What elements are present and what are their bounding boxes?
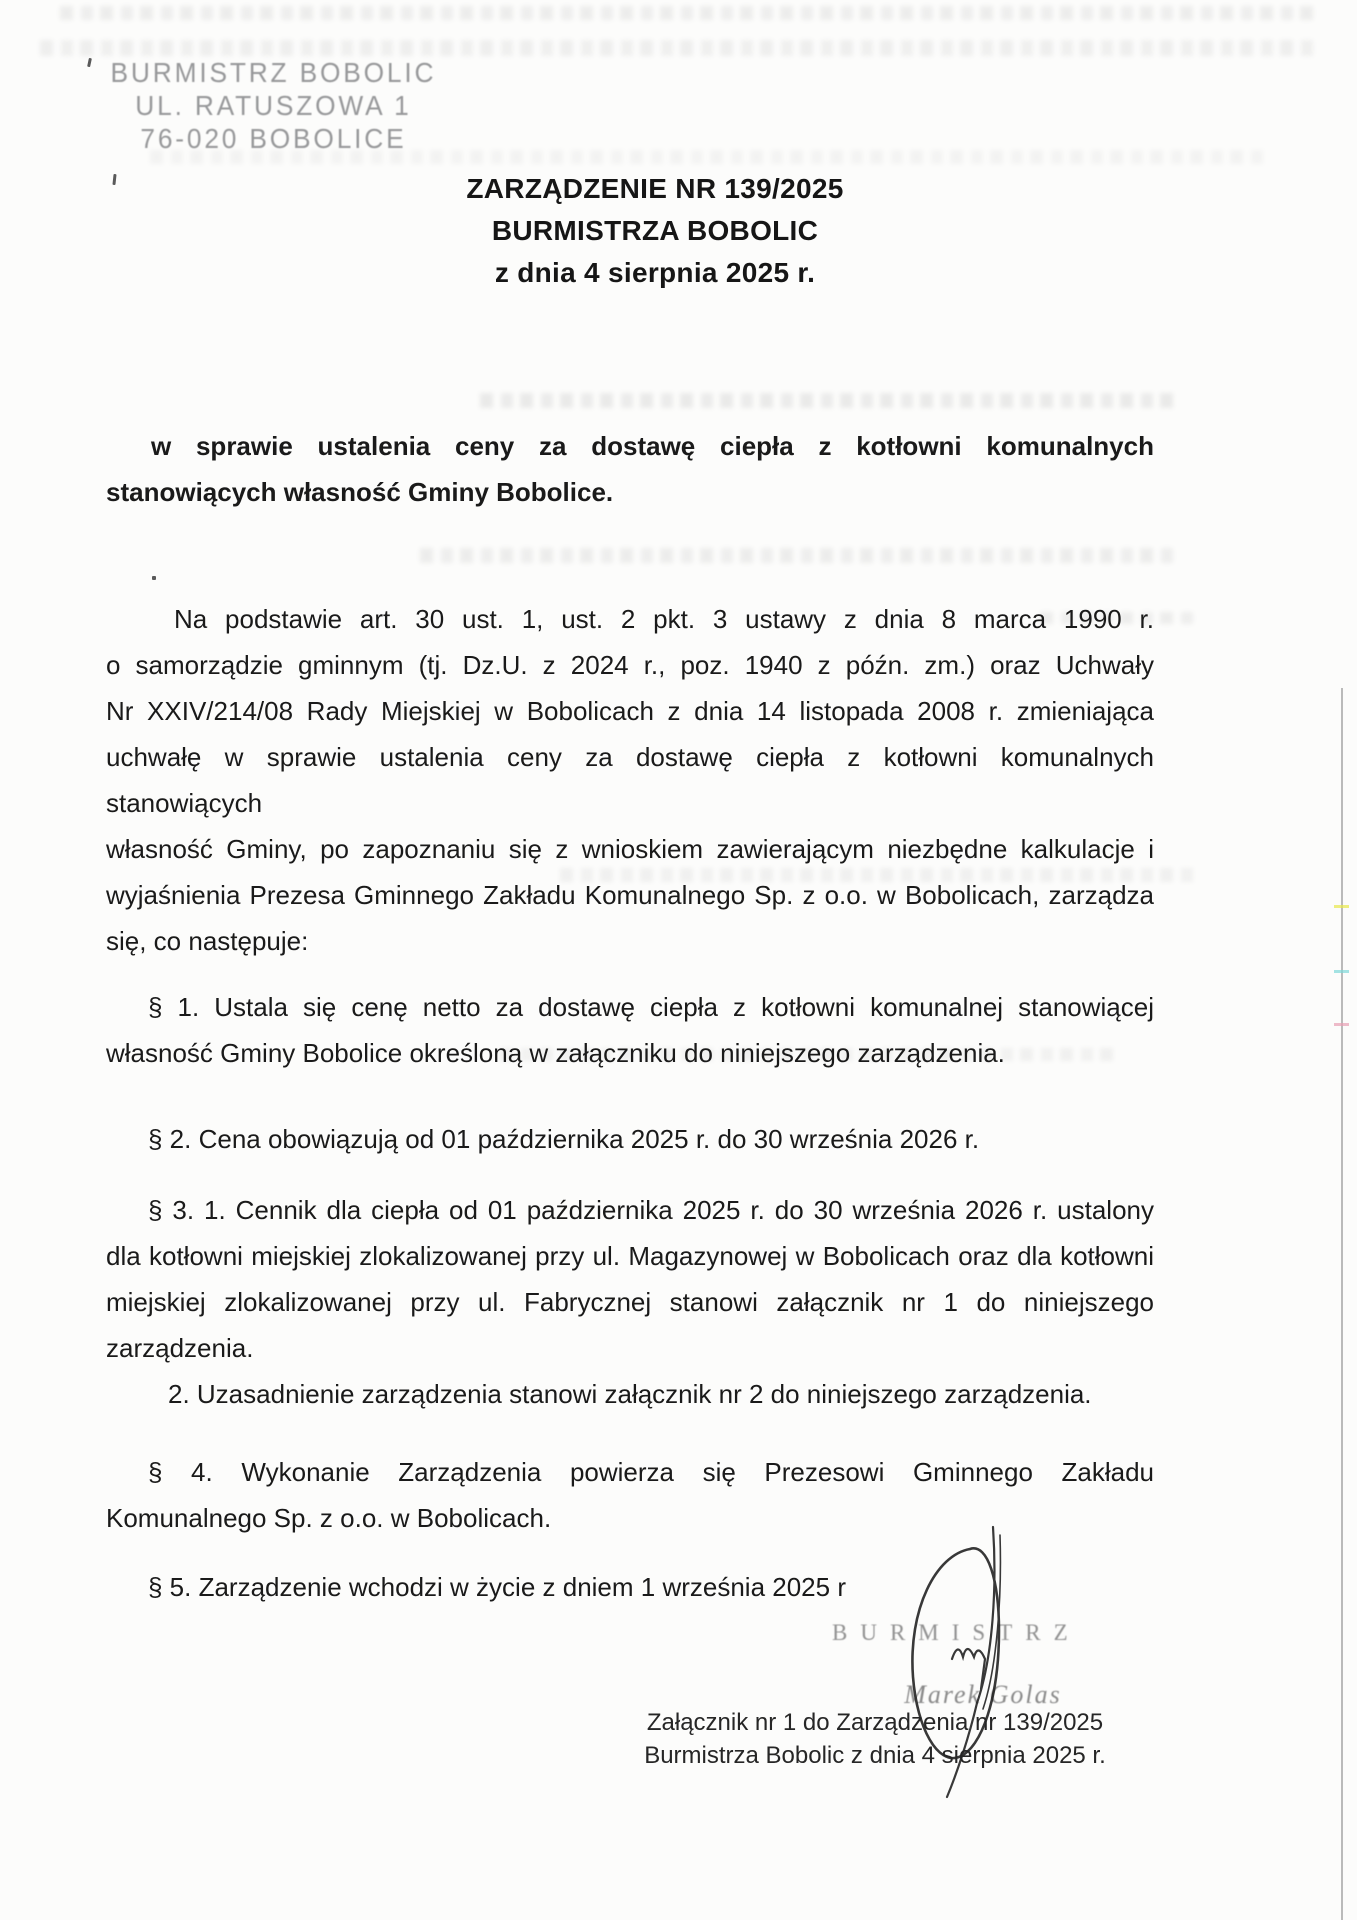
stamp-line-authority: BURMISTRZ BOBOLIC [108,56,439,89]
text-line: § 2. Cena obowiązują od 01 października … [106,1116,1154,1162]
attachment-note-line: Załącznik nr 1 do Zarządzenia nr 139/202… [585,1706,1165,1739]
ink-speck [87,58,92,67]
paragraph-3-point-1: § 3. 1. Cennik dla ciepła od 01 paździer… [106,1187,1154,1371]
stamp-line-street: UL. RATUSZOWA 1 [108,89,439,122]
scanned-document-page: BURMISTRZ BOBOLIC UL. RATUSZOWA 1 76-020… [0,0,1357,1920]
paragraph-2: § 2. Cena obowiązują od 01 października … [106,1116,1154,1162]
title-ordinance-number: ZARZĄDZENIE NR 139/2025 [100,168,1210,210]
scan-tick-pink [1334,1023,1349,1026]
scan-edge-line [1341,688,1343,1920]
stamp-line-city: 76-020 BOBOLICE [108,122,439,155]
attachment-note-line: Burmistrza Bobolic z dnia 4 sierpnia 202… [585,1739,1165,1772]
sender-address-stamp: BURMISTRZ BOBOLIC UL. RATUSZOWA 1 76-020… [108,56,439,155]
text-line: § 4. Wykonanie Zarządzenia powierza się … [106,1449,1154,1495]
document-body: w sprawie ustalenia ceny za dostawę ciep… [106,423,1154,1610]
paragraph-3-point-2: 2. Uzasadnienie zarządzenia stanowi załą… [106,1371,1154,1417]
text-line: o samorządzie gminnym (tj. Dz.U. z 2024 … [106,642,1154,688]
text-line: dla kotłowni miejskiej zlokalizowanej pr… [106,1233,1154,1279]
legal-basis-paragraph: Na podstawie art. 30 ust. 1, ust. 2 pkt.… [106,596,1154,964]
paragraph-1: § 1. Ustala się cenę netto za dostawę ci… [106,984,1154,1076]
text-line: § 5. Zarządzenie wchodzi w życie z dniem… [106,1564,1154,1610]
text-line: własność Gminy Bobolice określoną w załą… [106,1030,1154,1076]
text-line: miejskiej zlokalizowanej przy ul. Fabryc… [106,1279,1154,1325]
text-line: stanowiących własność Gminy Bobolice. [106,469,1154,515]
text-line: się, co następuje: [106,918,1154,964]
document-title: ZARZĄDZENIE NR 139/2025 BURMISTRZA BOBOL… [100,168,1210,294]
subject-paragraph: w sprawie ustalenia ceny za dostawę ciep… [106,423,1154,515]
bleed-through-artifact [60,6,1320,20]
text-line: wyjaśnienia Prezesa Gminnego Zakładu Kom… [106,872,1154,918]
text-line: § 1. Ustala się cenę netto za dostawę ci… [106,984,1154,1030]
scan-tick-yellow [1334,905,1349,908]
bleed-through-artifact [480,393,1180,408]
scan-tick-cyan [1334,970,1349,973]
paragraph-5: § 5. Zarządzenie wchodzi w życie z dniem… [106,1564,1154,1610]
text-line: § 3. 1. Cennik dla ciepła od 01 paździer… [106,1187,1154,1233]
title-authority: BURMISTRZA BOBOLIC [100,210,1210,252]
text-line: uchwałę w sprawie ustalenia ceny za dost… [106,734,1154,826]
text-line: Nr XXIV/214/08 Rady Miejskiej w Bobolica… [106,688,1154,734]
text-line: własność Gminy, po zapoznaniu się z wnio… [106,826,1154,872]
paragraph-4: § 4. Wykonanie Zarządzenia powierza się … [106,1449,1154,1541]
signature-role-stamp: BURMISTRZ [832,1620,1132,1646]
text-line: Komunalnego Sp. z o.o. w Bobolicach. [106,1495,1154,1541]
title-date: z dnia 4 sierpnia 2025 r. [100,252,1210,294]
text-line: 2. Uzasadnienie zarządzenia stanowi załą… [106,1371,1154,1417]
bleed-through-artifact [40,40,1320,56]
text-line: Na podstawie art. 30 ust. 1, ust. 2 pkt.… [106,596,1154,642]
text-line: w sprawie ustalenia ceny za dostawę ciep… [106,423,1154,469]
attachment-note: Załącznik nr 1 do Zarządzenia nr 139/202… [585,1706,1165,1772]
text-line: zarządzenia. [106,1325,1154,1371]
